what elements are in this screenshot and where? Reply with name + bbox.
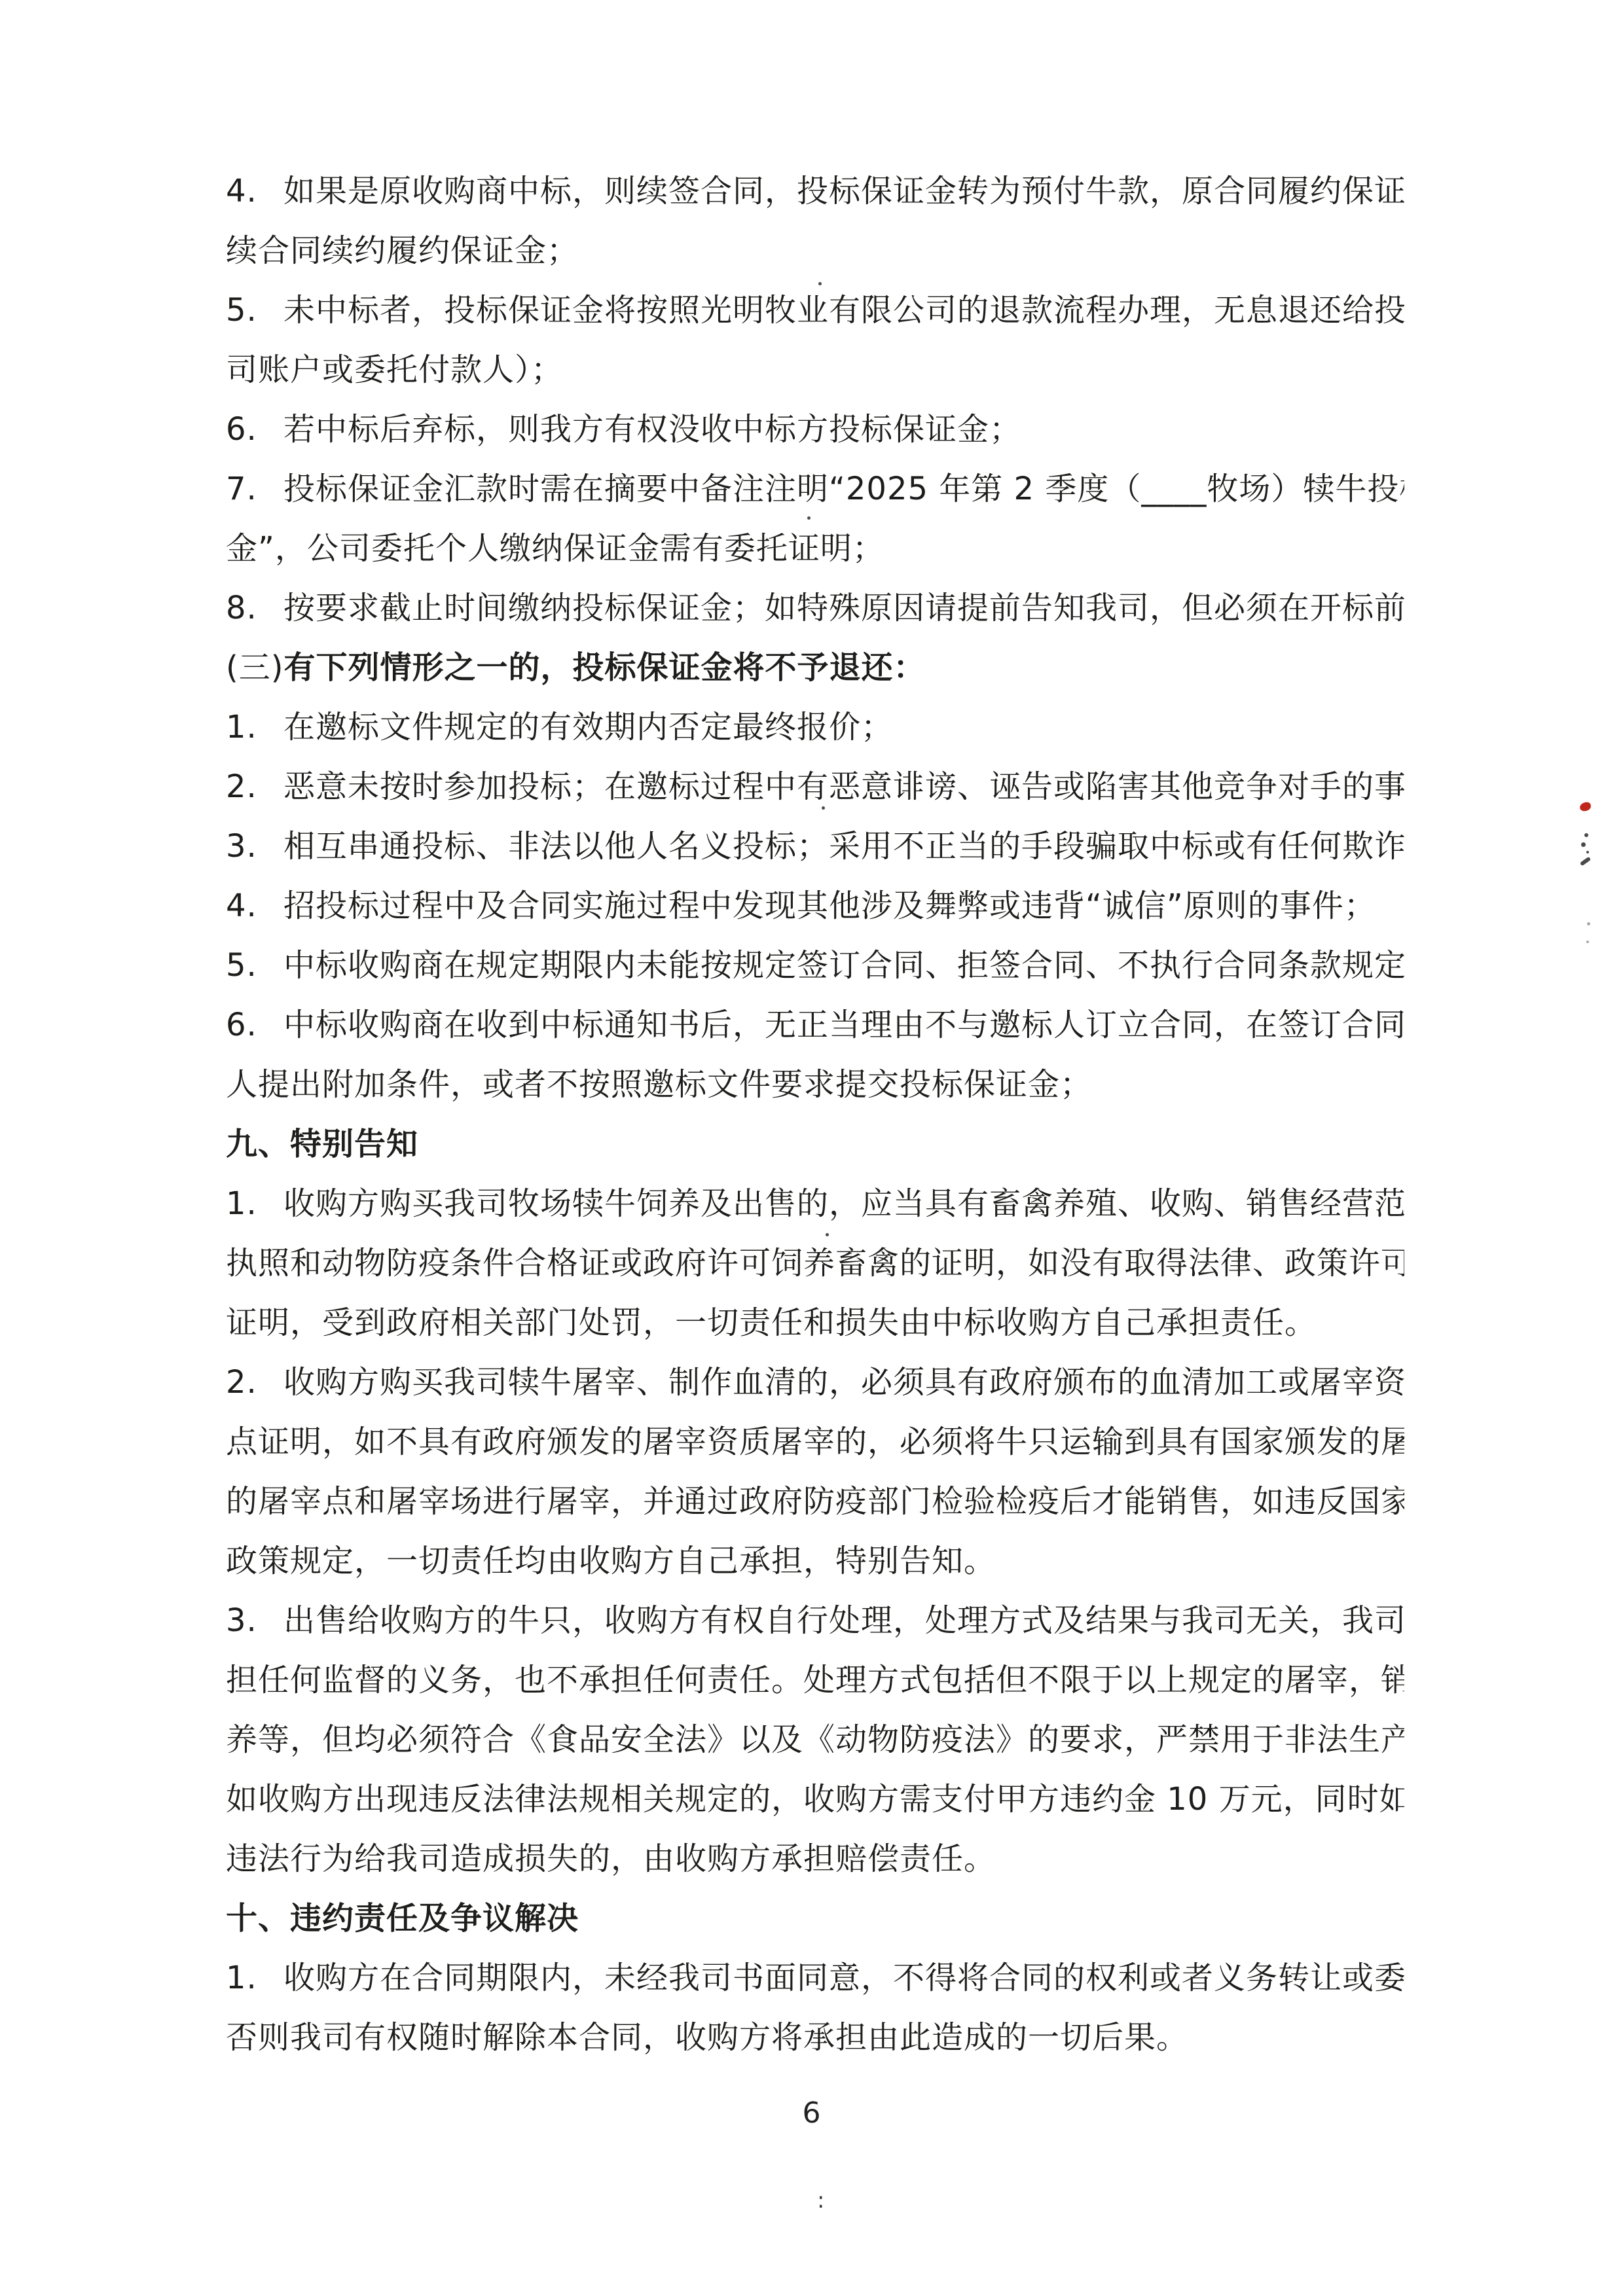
- text-line: 5.未中标者，投标保证金将按照光明牧业有限公司的退款流程办理，无息退还给投标方（…: [226, 281, 1404, 340]
- text-line: 否则我司有权随时解除本合同，收购方将承担由此造成的一切后果。: [226, 2008, 1404, 2068]
- line-text: 违法行为给我司造成损失的，由收购方承担赔偿责任。: [226, 1840, 996, 1877]
- text-line: 九、特别告知: [226, 1115, 1404, 1174]
- line-text: 中标收购商在规定期限内未能按规定签订合同、拒签合同、不执行合同条款规定等；: [283, 947, 1404, 984]
- text-line: 3.相互串通投标、非法以他人名义投标；采用不正当的手段骗取中标或有任何欺诈行为；: [226, 817, 1404, 876]
- text-line: 人提出附加条件，或者不按照邀标文件要求提交投标保证金；: [226, 1055, 1404, 1115]
- text-line: 2.恶意未按时参加投标；在邀标过程中有恶意诽谤、诬告或陷害其他竞争对手的事件；: [226, 757, 1404, 817]
- scan-speck: [1587, 922, 1590, 925]
- line-text: 招投标过程中及合同实施过程中发现其他涉及舞弊或违背“诚信”原则的事件；: [283, 888, 1376, 924]
- scan-speck: [1581, 842, 1586, 847]
- list-number: 5.: [226, 936, 283, 996]
- line-text: 养等，但均必须符合《食品安全法》以及《动物防疫法》的要求，严禁用于非法生产活动，: [226, 1721, 1404, 1758]
- text-line: 3.出售给收购方的牛只，收购方有权自行处理，处理方式及结果与我司无关，我司对此不…: [226, 1591, 1404, 1651]
- line-text: 证明，受到政府相关部门处罚，一切责任和损失由中标收购方自己承担责任。: [226, 1304, 1317, 1341]
- line-text: 在邀标文件规定的有效期内否定最终报价；: [283, 709, 893, 745]
- line-text: 出售给收购方的牛只，收购方有权自行处理，处理方式及结果与我司无关，我司对此不承: [283, 1602, 1404, 1639]
- text-line: 的屠宰点和屠宰场进行屠宰，并通过政府防疫部门检验检疫后才能销售，如违反国家法律和: [226, 1472, 1404, 1532]
- text-line: 2.收购方购买我司犊牛屠宰、制作血清的，必须具有政府颁布的血清加工或屠宰资质和屠…: [226, 1353, 1404, 1412]
- line-text: 执照和动物防疫条件合格证或政府许可饲养畜禽的证明，如没有取得法律、政策许可饲养的: [226, 1245, 1404, 1282]
- list-number: 4.: [226, 876, 283, 936]
- list-number: 2.: [226, 1353, 283, 1412]
- scan-speck: [1586, 941, 1589, 943]
- list-number: 1.: [226, 698, 283, 757]
- list-number: 8.: [226, 579, 283, 638]
- scan-speck: [807, 516, 811, 520]
- text-line: 点证明，如不具有政府颁发的屠宰资质屠宰的，必须将牛只运输到具有国家颁发的屠宰资质: [226, 1412, 1404, 1472]
- text-line: 1.收购方在合同期限内，未经我司书面同意，不得将合同的权利或者义务转让或委托第三…: [226, 1948, 1404, 2008]
- line-text: 中标收购商在收到中标通知书后，无正当理由不与邀标人订立合同，在签订合同时向邀标: [283, 1007, 1404, 1043]
- line-text: 相互串通投标、非法以他人名义投标；采用不正当的手段骗取中标或有任何欺诈行为；: [283, 828, 1404, 865]
- document-page: 4.如果是原收购商中标，则续签合同，投标保证金转为预付牛款，原合同履约保证金转为…: [0, 0, 1623, 2296]
- line-text: 金”，公司委托个人缴纳保证金需有委托证明；: [226, 530, 884, 567]
- text-line: 证明，受到政府相关部门处罚，一切责任和损失由中标收购方自己承担责任。: [226, 1293, 1404, 1353]
- text-line: 违法行为给我司造成损失的，由收购方承担赔偿责任。: [226, 1829, 1404, 1889]
- document-body: 4.如果是原收购商中标，则续签合同，投标保证金转为预付牛款，原合同履约保证金转为…: [226, 162, 1404, 2068]
- list-number: 4.: [226, 162, 283, 221]
- line-text: 若中标后弃标，则我方有权没收中标方投标保证金；: [283, 411, 1021, 448]
- red-ink-mark: [1579, 801, 1592, 812]
- text-line: 十、违约责任及争议解决: [226, 1889, 1404, 1948]
- line-text: 如果是原收购商中标，则续签合同，投标保证金转为预付牛款，原合同履约保证金转为后: [283, 173, 1404, 209]
- text-line: 担任何监督的义务，也不承担任何责任。处理方式包括但不限于以上规定的屠宰，销售，饲: [226, 1651, 1404, 1710]
- text-line: 8.按要求截止时间缴纳投标保证金；如特殊原因请提前告知我司，但必须在开标前打入；: [226, 579, 1404, 638]
- line-text: 十、违约责任及争议解决: [226, 1900, 579, 1937]
- line-text: 点证明，如不具有政府颁发的屠宰资质屠宰的，必须将牛只运输到具有国家颁发的屠宰资质: [226, 1424, 1404, 1460]
- text-line: 政策规定，一切责任均由收购方自己承担，特别告知。: [226, 1532, 1404, 1591]
- line-text: 投标保证金汇款时需在摘要中备注注明“2025 年第 2 季度（____牧场）犊牛…: [283, 471, 1404, 507]
- list-number: 3.: [226, 817, 283, 876]
- list-number: 6.: [226, 400, 283, 459]
- line-text: 收购方购买我司牧场犊牛饲养及出售的，应当具有畜禽养殖、收购、销售经营范围的营业: [283, 1185, 1404, 1222]
- text-line: 4.招投标过程中及合同实施过程中发现其他涉及舞弊或违背“诚信”原则的事件；: [226, 876, 1404, 936]
- scan-speck: [1584, 833, 1588, 837]
- scan-speck: [822, 806, 825, 810]
- line-text: 收购方在合同期限内，未经我司书面同意，不得将合同的权利或者义务转让或委托第三方，: [283, 1960, 1404, 1996]
- scan-speck: [818, 282, 822, 285]
- line-text: 恶意未按时参加投标；在邀标过程中有恶意诽谤、诬告或陷害其他竞争对手的事件；: [283, 768, 1404, 805]
- line-text: 未中标者，投标保证金将按照光明牧业有限公司的退款流程办理，无息退还给投标方（公: [283, 292, 1404, 329]
- line-text: 人提出附加条件，或者不按照邀标文件要求提交投标保证金；: [226, 1066, 1092, 1103]
- text-line: 1.收购方购买我司牧场犊牛饲养及出售的，应当具有畜禽养殖、收购、销售经营范围的营…: [226, 1174, 1404, 1234]
- text-line: 6.若中标后弃标，则我方有权没收中标方投标保证金；: [226, 400, 1404, 459]
- text-line: 续合同续约履约保证金；: [226, 221, 1404, 281]
- scan-speck: [826, 1233, 829, 1236]
- text-line: 金”，公司委托个人缴纳保证金需有委托证明；: [226, 519, 1404, 579]
- line-text: 有下列情形之一的，投标保证金将不予退还：: [283, 649, 925, 686]
- list-number: 6.: [226, 996, 283, 1055]
- line-text: (三): [226, 649, 283, 686]
- line-text: 司账户或委托付款人）；: [226, 351, 563, 388]
- list-number: 1.: [226, 1948, 283, 2008]
- text-line: 如收购方出现违反法律法规相关规定的，收购方需支付甲方违约金 10 万元，同时如收…: [226, 1770, 1404, 1829]
- text-line: 司账户或委托付款人）；: [226, 340, 1404, 400]
- line-text: 续合同续约履约保证金；: [226, 232, 579, 269]
- list-number: 2.: [226, 757, 283, 817]
- text-line: 1.在邀标文件规定的有效期内否定最终报价；: [226, 698, 1404, 757]
- line-text: 按要求截止时间缴纳投标保证金；如特殊原因请提前告知我司，但必须在开标前打入；: [283, 590, 1404, 626]
- line-text: 政策规定，一切责任均由收购方自己承担，特别告知。: [226, 1543, 996, 1579]
- line-text: 否则我司有权随时解除本合同，收购方将承担由此造成的一切后果。: [226, 2019, 1188, 2056]
- scan-speck: [1580, 857, 1591, 867]
- text-line: 6.中标收购商在收到中标通知书后，无正当理由不与邀标人订立合同，在签订合同时向邀…: [226, 996, 1404, 1055]
- list-number: 1.: [226, 1174, 283, 1234]
- list-number: 5.: [226, 281, 283, 340]
- text-line: 养等，但均必须符合《食品安全法》以及《动物防疫法》的要求，严禁用于非法生产活动，: [226, 1710, 1404, 1770]
- line-text: 如收购方出现违反法律法规相关规定的，收购方需支付甲方违约金 10 万元，同时如收…: [226, 1781, 1404, 1818]
- text-line: 7.投标保证金汇款时需在摘要中备注注明“2025 年第 2 季度（____牧场）…: [226, 459, 1404, 519]
- line-text: 收购方购买我司犊牛屠宰、制作血清的，必须具有政府颁布的血清加工或屠宰资质和屠宰: [283, 1364, 1404, 1401]
- text-line: 4.如果是原收购商中标，则续签合同，投标保证金转为预付牛款，原合同履约保证金转为…: [226, 162, 1404, 221]
- line-text: 的屠宰点和屠宰场进行屠宰，并通过政府防疫部门检验检疫后才能销售，如违反国家法律和: [226, 1483, 1404, 1520]
- line-text: 担任何监督的义务，也不承担任何责任。处理方式包括但不限于以上规定的屠宰，销售，饲: [226, 1662, 1404, 1698]
- line-text: 九、特别告知: [226, 1126, 418, 1162]
- scan-speck: [1586, 851, 1589, 853]
- list-number: 7.: [226, 459, 283, 519]
- text-line: 5.中标收购商在规定期限内未能按规定签订合同、拒签合同、不执行合同条款规定等；: [226, 936, 1404, 996]
- page-number: 6: [0, 2096, 1623, 2130]
- footer-speck: :: [817, 2187, 824, 2214]
- text-line: (三)有下列情形之一的，投标保证金将不予退还：: [226, 638, 1404, 698]
- text-line: 执照和动物防疫条件合格证或政府许可饲养畜禽的证明，如没有取得法律、政策许可饲养的: [226, 1234, 1404, 1293]
- list-number: 3.: [226, 1591, 283, 1651]
